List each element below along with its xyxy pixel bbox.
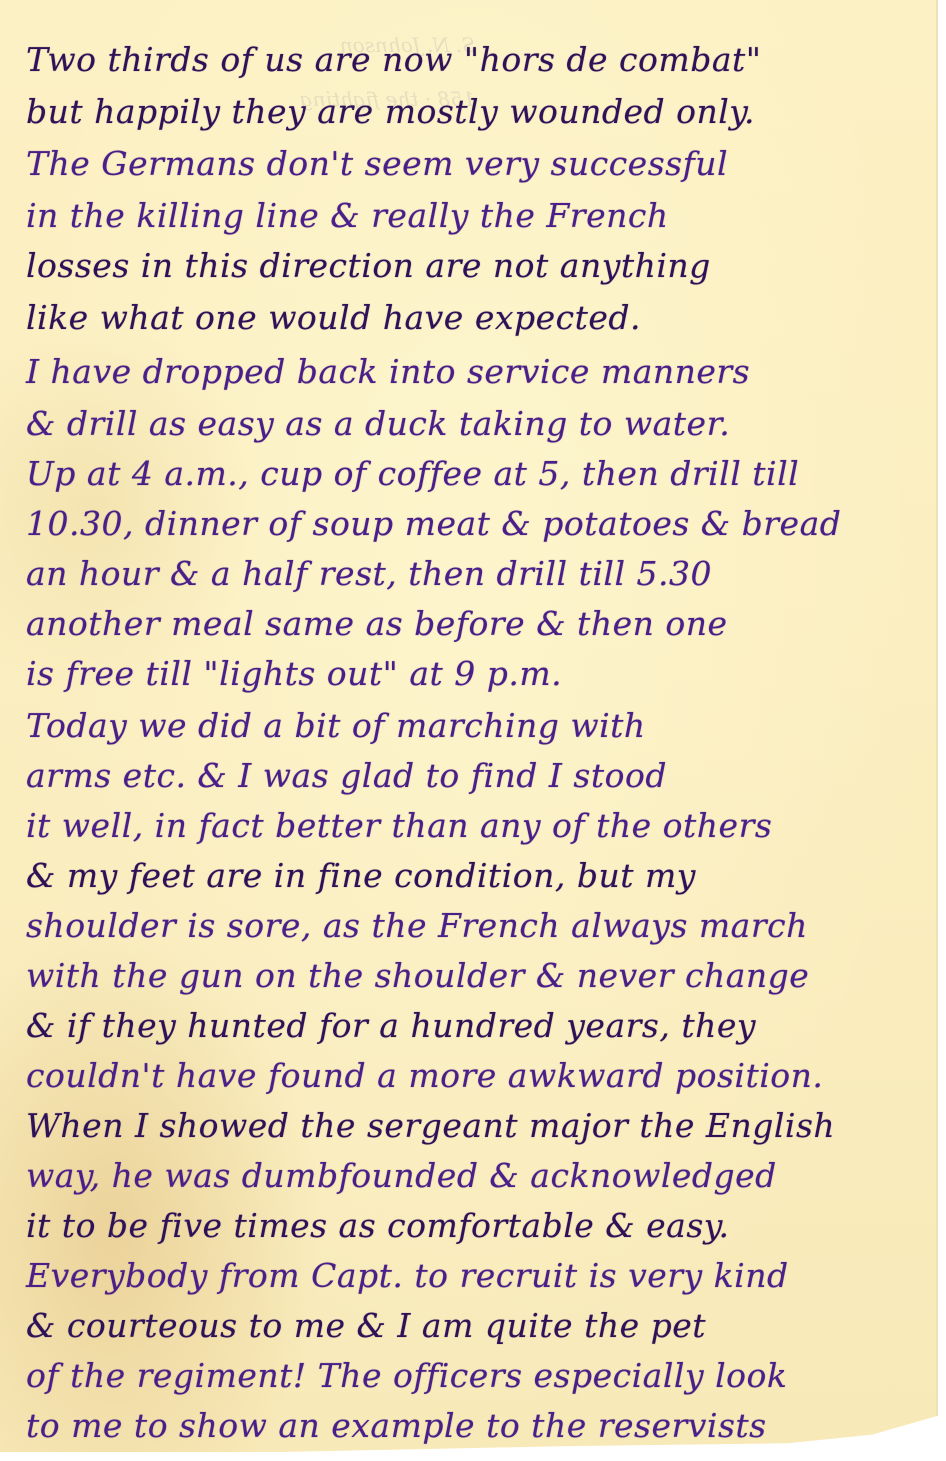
letter-line: couldn't have found a more awkward posit… bbox=[26, 1056, 823, 1095]
letter-line: it well, in fact better than any of the … bbox=[26, 806, 772, 845]
letter-line: losses in this direction are not anythin… bbox=[26, 246, 711, 285]
letter-line: I have dropped back into service manners bbox=[26, 352, 750, 391]
letter-line: but happily they are mostly wounded only… bbox=[26, 92, 755, 131]
letter-line: The Germans don't seem very successful bbox=[26, 144, 728, 183]
letter-page: S. N. Johnson 158 · the fighting Two thi… bbox=[0, 0, 938, 1452]
letter-line: shoulder is sore, as the French always m… bbox=[26, 906, 808, 945]
letter-line: like what one would have expected. bbox=[26, 298, 641, 337]
letter-line: in the killing line & really the French bbox=[26, 196, 669, 235]
letter-line: Today we did a bit of marching with bbox=[26, 706, 646, 745]
letter-line: it to be five times as comfortable & eas… bbox=[26, 1206, 730, 1245]
letter-line: & if they hunted for a hundred years, th… bbox=[26, 1006, 756, 1045]
letter-line: Two thirds of us are now "hors de combat… bbox=[26, 40, 761, 79]
letter-line: Everybody from Capt. to recruit is very … bbox=[26, 1256, 789, 1295]
letter-line: arms etc. & I was glad to find I stood bbox=[26, 756, 667, 795]
letter-line: is free till "lights out" at 9 p.m. bbox=[26, 654, 562, 693]
letter-line: with the gun on the shoulder & never cha… bbox=[26, 956, 809, 995]
letter-line: & drill as easy as a duck taking to wate… bbox=[26, 404, 730, 443]
letter-line: When I showed the sergeant major the Eng… bbox=[26, 1106, 835, 1145]
letter-line: 10.30, dinner of soup meat & potatoes & … bbox=[26, 504, 841, 543]
letter-line: another meal same as before & then one bbox=[26, 604, 728, 643]
letter-line: an hour & a half rest, then drill till 5… bbox=[26, 554, 712, 593]
letter-line: & courteous to me & I am quite the pet bbox=[26, 1306, 706, 1345]
letter-line: & my feet are in fine condition, but my bbox=[26, 856, 696, 895]
letter-line: Up at 4 a.m., cup of coffee at 5, then d… bbox=[26, 454, 799, 493]
letter-line: to me to show an example to the reservis… bbox=[26, 1406, 767, 1445]
letter-line: way, he was dumbfounded & acknowledged bbox=[26, 1156, 777, 1195]
letter-line: of the regiment! The officers especially… bbox=[26, 1356, 787, 1395]
